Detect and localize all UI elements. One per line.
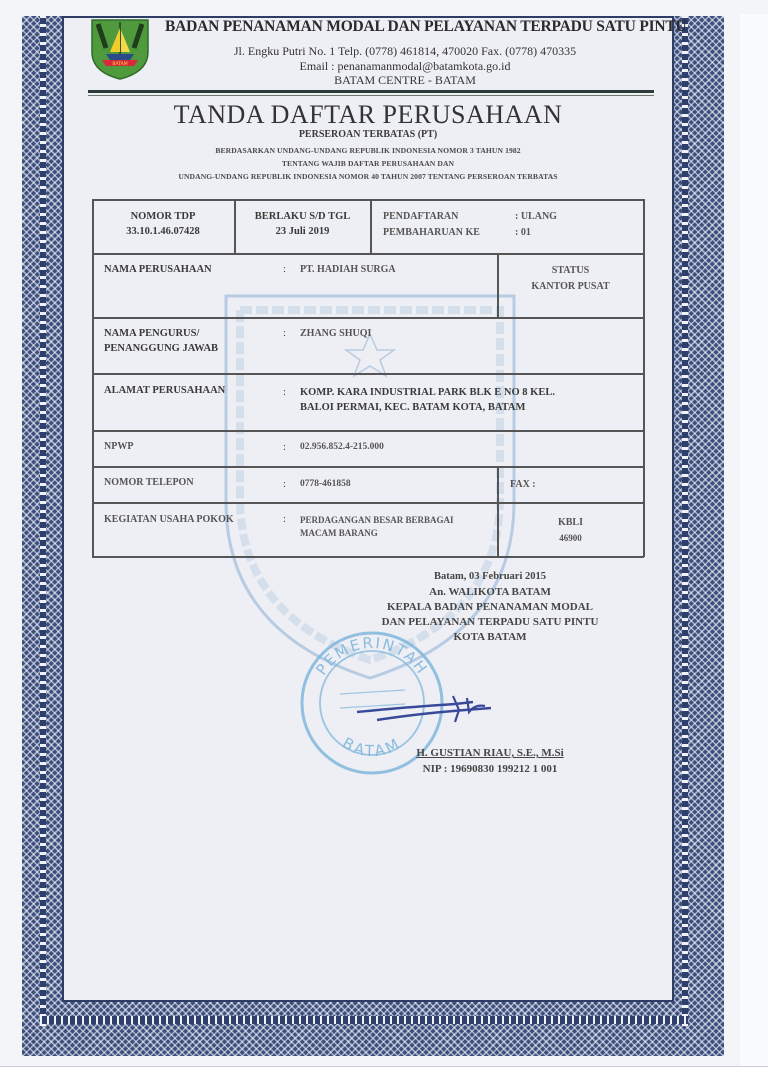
activity-value: PERDAGANGAN BESAR BERBAGAI [300, 515, 454, 525]
valid-until-value: 23 Juli 2019 [235, 226, 370, 237]
tdp-number-label: NOMOR TDP [92, 211, 234, 222]
signer-name: H. GUSTIAN RIAU, S.E., M.Si [330, 747, 650, 759]
signer-nip: NIP : 19690830 199212 1 001 [330, 763, 650, 775]
table-divider [370, 199, 372, 254]
page-edge [740, 14, 768, 1066]
colon: : [283, 514, 286, 525]
svg-text:PEMERINTAH: PEMERINTAH [312, 634, 431, 679]
table-divider [92, 317, 644, 319]
on-behalf: An. WALIKOTA BATAM [330, 586, 650, 598]
legal-basis-line: TENTANG WAJIB DAFTAR PERUSAHAAN DAN [62, 159, 674, 168]
colon: : [283, 442, 286, 453]
agency-email: Email : penanamanmodal@batamkota.go.id [160, 59, 650, 74]
renewal-label: PEMBAHARUAN KE [383, 227, 480, 238]
table-divider [92, 373, 644, 375]
table-divider [92, 253, 644, 255]
border-dash-bottom [40, 1016, 688, 1024]
agency-address: Jl. Engku Putri No. 1 Telp. (0778) 46181… [160, 44, 650, 59]
company-name-label: NAMA PERUSAHAAN [104, 264, 212, 275]
agency-name: BADAN PENANAMAN MODAL DAN PELAYANAN TERP… [165, 18, 655, 36]
place-date: Batam, 03 Februari 2015 [330, 571, 650, 582]
colon: : [283, 387, 286, 398]
table-divider [92, 430, 644, 432]
npwp-value: 02.956.852.4-215.000 [300, 442, 384, 452]
table-divider [92, 466, 644, 468]
manager-label: PENANGGUNG JAWAB [104, 343, 218, 354]
table-border [92, 556, 644, 558]
header-divider-thin [88, 95, 654, 96]
table-border [92, 199, 644, 201]
signature-icon [355, 690, 500, 725]
address-value: KOMP. KARA INDUSTRIAL PARK BLK E NO 8 KE… [300, 387, 555, 398]
phone-value: 0778-461858 [300, 479, 351, 489]
activity-value: MACAM BARANG [300, 528, 378, 538]
valid-until-label: BERLAKU S/D TGL [235, 211, 370, 222]
registration-value: : ULANG [515, 211, 557, 222]
colon: : [283, 479, 286, 490]
fax-label: FAX : [510, 479, 536, 490]
company-name-value: PT. HADIAH SURGA [300, 264, 396, 275]
kbli-value: 46900 [498, 533, 643, 543]
signer-position: DAN PELAYANAN TERPADU SATU PINTU [330, 616, 650, 628]
agency-location: BATAM CENTRE - BATAM [160, 73, 650, 88]
colon: : [283, 328, 286, 339]
document-subtitle: PERSEROAN TERBATAS (PT) [62, 129, 674, 140]
header-divider [88, 90, 654, 93]
phone-label: NOMOR TELEPON [104, 477, 194, 488]
address-value: BALOI PERMAI, KEC. BATAM KOTA, BATAM [300, 402, 525, 413]
page-bottom-edge [0, 1066, 768, 1086]
document-title: TANDA DAFTAR PERUSAHAAN [62, 100, 674, 130]
kbli-label: KBLI [498, 517, 643, 528]
signer-position: KEPALA BADAN PENANAMAN MODAL [330, 601, 650, 613]
legal-basis-line: BERDASARKAN UNDANG-UNDANG REPUBLIK INDON… [62, 146, 674, 155]
svg-text:BATAM: BATAM [112, 61, 127, 67]
registration-label: PENDAFTARAN [383, 211, 458, 222]
status-value: KANTOR PUSAT [498, 281, 643, 292]
table-divider [92, 502, 644, 504]
legal-basis-line: UNDANG-UNDANG REPUBLIK INDONESIA NOMOR 4… [62, 172, 674, 181]
table-divider [497, 466, 499, 557]
npwp-label: NPWP [104, 441, 133, 452]
border-dash-left [40, 16, 46, 1026]
status-label: STATUS [498, 265, 643, 276]
border-dash-right [682, 16, 688, 1026]
colon: : [283, 264, 286, 275]
manager-label: NAMA PENGURUS/ [104, 328, 199, 339]
manager-value: ZHANG SHUQI [300, 328, 371, 339]
address-label: ALAMAT PERUSAHAAN [104, 385, 225, 396]
tdp-number-value: 33.10.1.46.07428 [92, 226, 234, 237]
activity-label: KEGIATAN USAHA POKOK [104, 514, 234, 525]
renewal-value: : 01 [515, 227, 531, 238]
city-emblem-icon: BATAM [88, 18, 152, 80]
